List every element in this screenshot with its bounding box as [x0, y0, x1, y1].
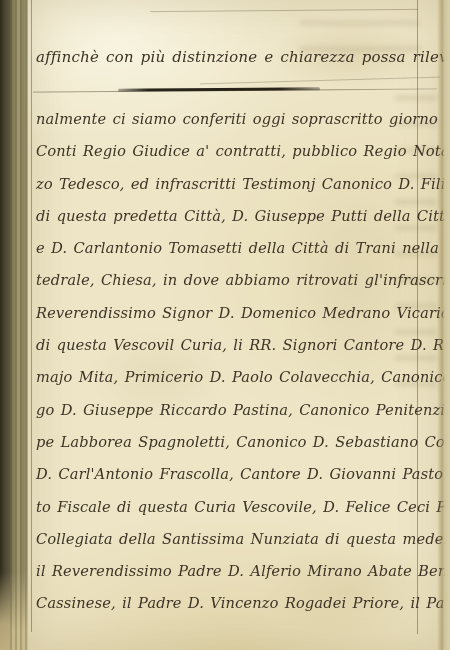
body-text-block: nalmente ci siamo conferiti oggi soprasc…	[36, 104, 416, 621]
left-margin-rule	[31, 0, 32, 632]
manuscript-line: tedrale, Chiesa, in dove abbiamo ritrova…	[36, 265, 416, 297]
page-right-edge	[437, 0, 450, 650]
manuscript-line: di questa predetta Città, D. Giuseppe Pu…	[36, 201, 416, 233]
header-text-line: affinchè con più distinzione e chiarezza…	[36, 45, 415, 69]
manuscript-line: zo Tedesco, ed infrascritti Testimonj Ca…	[36, 169, 416, 201]
manuscript-line: Reverendissimo Signor D. Domenico Medran…	[36, 298, 416, 330]
book-binding-edge	[0, 0, 10, 650]
manuscript-line: e D. Carlantonio Tomasetti della Città d…	[36, 233, 416, 265]
manuscript-line: Collegiata della Santissima Nunziata di …	[36, 524, 416, 556]
manuscript-scan: affinchè con più distinzione e chiarezza…	[0, 0, 450, 650]
book-gutter-shading	[10, 0, 28, 650]
manuscript-line: majo Mita, Primicerio D. Paolo Colavecch…	[36, 362, 416, 394]
manuscript-line: Cassinese, il Padre D. Vincenzo Rogadei …	[36, 588, 416, 620]
manuscript-line: di questa Vescovil Curia, li RR. Signori…	[36, 330, 416, 362]
manuscript-line: to Fiscale di questa Curia Vescovile, D.…	[36, 492, 416, 524]
manuscript-line: Conti Regio Giudice a' contratti, pubbli…	[36, 136, 416, 168]
manuscript-line: nalmente ci siamo conferiti oggi soprasc…	[36, 104, 416, 136]
manuscript-line: il Reverendissimo Padre D. Alferio Miran…	[36, 556, 416, 588]
manuscript-line: D. Carl'Antonio Frascolla, Cantore D. Gi…	[36, 459, 416, 491]
manuscript-line: pe Labborea Spagnoletti, Canonico D. Seb…	[36, 427, 416, 459]
manuscript-line: go D. Giuseppe Riccardo Pastina, Canonic…	[36, 395, 416, 427]
